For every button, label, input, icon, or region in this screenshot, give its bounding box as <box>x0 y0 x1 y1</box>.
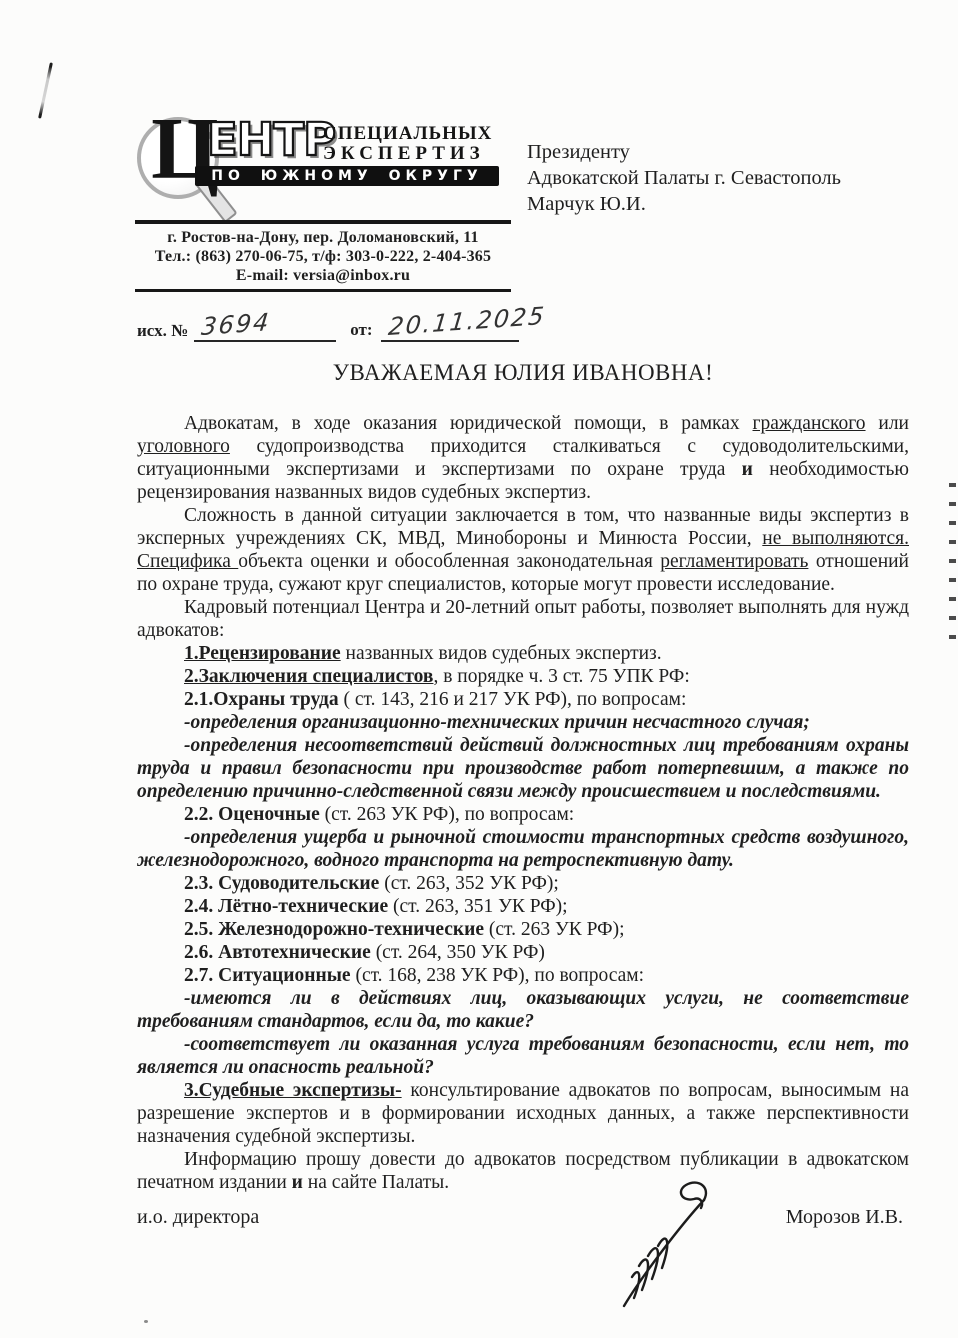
paragraph: 2.2. Оценочные (ст. 263 УК РФ), по вопро… <box>137 803 909 826</box>
paragraph: -определения организационно-технических … <box>137 711 909 734</box>
outgoing-number-field: 3694 <box>194 314 336 342</box>
logo-banner: ПО ЮЖНОМУ ОКРУГУ <box>195 166 499 186</box>
recipient-organization: Адвокатской Палаты г. Севастополь <box>527 165 841 191</box>
company-logo: Ц ЕНТР СПЕЦИАЛЬНЫХ ЭКСПЕРТИЗ ПО ЮЖНОМУ О… <box>135 108 511 203</box>
date-field: 20.11.2025 <box>381 314 519 342</box>
paragraph: -определения несоответствий действий дол… <box>137 734 909 803</box>
paragraph: 2.4. Лётно-технические (ст. 263, 351 УК … <box>137 895 909 918</box>
salutation: УВАЖАЕМАЯ ЮЛИЯ ИВАНОВНА! <box>137 360 909 386</box>
logo-subtitle-line1: СПЕЦИАЛЬНЫХ <box>323 124 492 144</box>
paragraph: 3.Судебные экспертизы- консультирование … <box>137 1079 909 1148</box>
paragraph: -определения ущерба и рыночной стоимости… <box>137 826 909 872</box>
closing-row: и.о. директора Морозов И.В. <box>137 1206 903 1229</box>
outgoing-number-value: 3694 <box>200 308 272 341</box>
signer-position: и.о. директора <box>137 1206 259 1229</box>
paragraph: Сложность в данной ситуации заключается … <box>137 504 909 596</box>
recipient-name: Марчук Ю.И. <box>527 191 841 217</box>
scanned-letter-page: Ц ЕНТР СПЕЦИАЛЬНЫХ ЭКСПЕРТИЗ ПО ЮЖНОМУ О… <box>0 0 958 1338</box>
divider-rule-bottom <box>135 289 511 292</box>
recipient-block: Президенту Адвокатской Палаты г. Севасто… <box>527 139 841 217</box>
phone-line: Тел.: (863) 270-06-75, т/ф: 303-0-222, 2… <box>135 247 511 266</box>
paragraph: Адвокатам, в ходе оказания юридической п… <box>137 412 909 504</box>
outgoing-number-label: исх. № <box>137 321 188 342</box>
scan-artifact-dot <box>144 1320 148 1323</box>
logo-subtitle: СПЕЦИАЛЬНЫХ ЭКСПЕРТИЗ <box>323 124 492 164</box>
paragraph: -имеются ли в действиях лиц, оказывающих… <box>137 987 909 1033</box>
paragraph: 1.Рецензирование названных видов судебны… <box>137 642 909 665</box>
paragraph: 2.6. Автотехнические (ст. 264, 350 УК РФ… <box>137 941 909 964</box>
reference-row: исх. № 3694 от: 20.11.2025 <box>137 314 519 342</box>
divider-rule-top <box>135 220 511 224</box>
recipient-title: Президенту <box>527 139 841 165</box>
logo-subtitle-line2: ЭКСПЕРТИЗ <box>323 144 492 164</box>
letterhead: Ц ЕНТР СПЕЦИАЛЬНЫХ ЭКСПЕРТИЗ ПО ЮЖНОМУ О… <box>135 108 511 298</box>
paragraph: 2.1.Охраны труда ( ст. 143, 216 и 217 УК… <box>137 688 909 711</box>
pen-stroke-mark <box>38 62 53 118</box>
letter-body: Адвокатам, в ходе оказания юридической п… <box>137 412 909 1194</box>
signature-icon <box>608 1178 718 1310</box>
paragraph: 2.7. Ситуационные (ст. 168, 238 УК РФ), … <box>137 964 909 987</box>
paragraph: 2.5. Железнодорожно-технические (ст. 263… <box>137 918 909 941</box>
date-label: от: <box>350 320 372 341</box>
logo-wordmark: ЕНТР <box>207 116 335 164</box>
paragraph: -соответствует ли оказанная услуга требо… <box>137 1033 909 1079</box>
address-line: г. Ростов-на-Дону, пер. Доломановский, 1… <box>135 228 511 247</box>
scan-artifact-edge <box>949 483 956 643</box>
signer-name: Морозов И.В. <box>786 1206 903 1229</box>
date-value: 20.11.2025 <box>387 302 547 341</box>
paragraph: Информацию прошу довести до адвокатов по… <box>137 1148 909 1194</box>
email-line: E-mail: versia@inbox.ru <box>135 266 511 285</box>
paragraph: 2.3. Судоводительские (ст. 263, 352 УК Р… <box>137 872 909 895</box>
paragraph: Кадровый потенциал Центра и 20-летний оп… <box>137 596 909 642</box>
paragraph: 2.Заключения специалистов, в порядке ч. … <box>137 665 909 688</box>
